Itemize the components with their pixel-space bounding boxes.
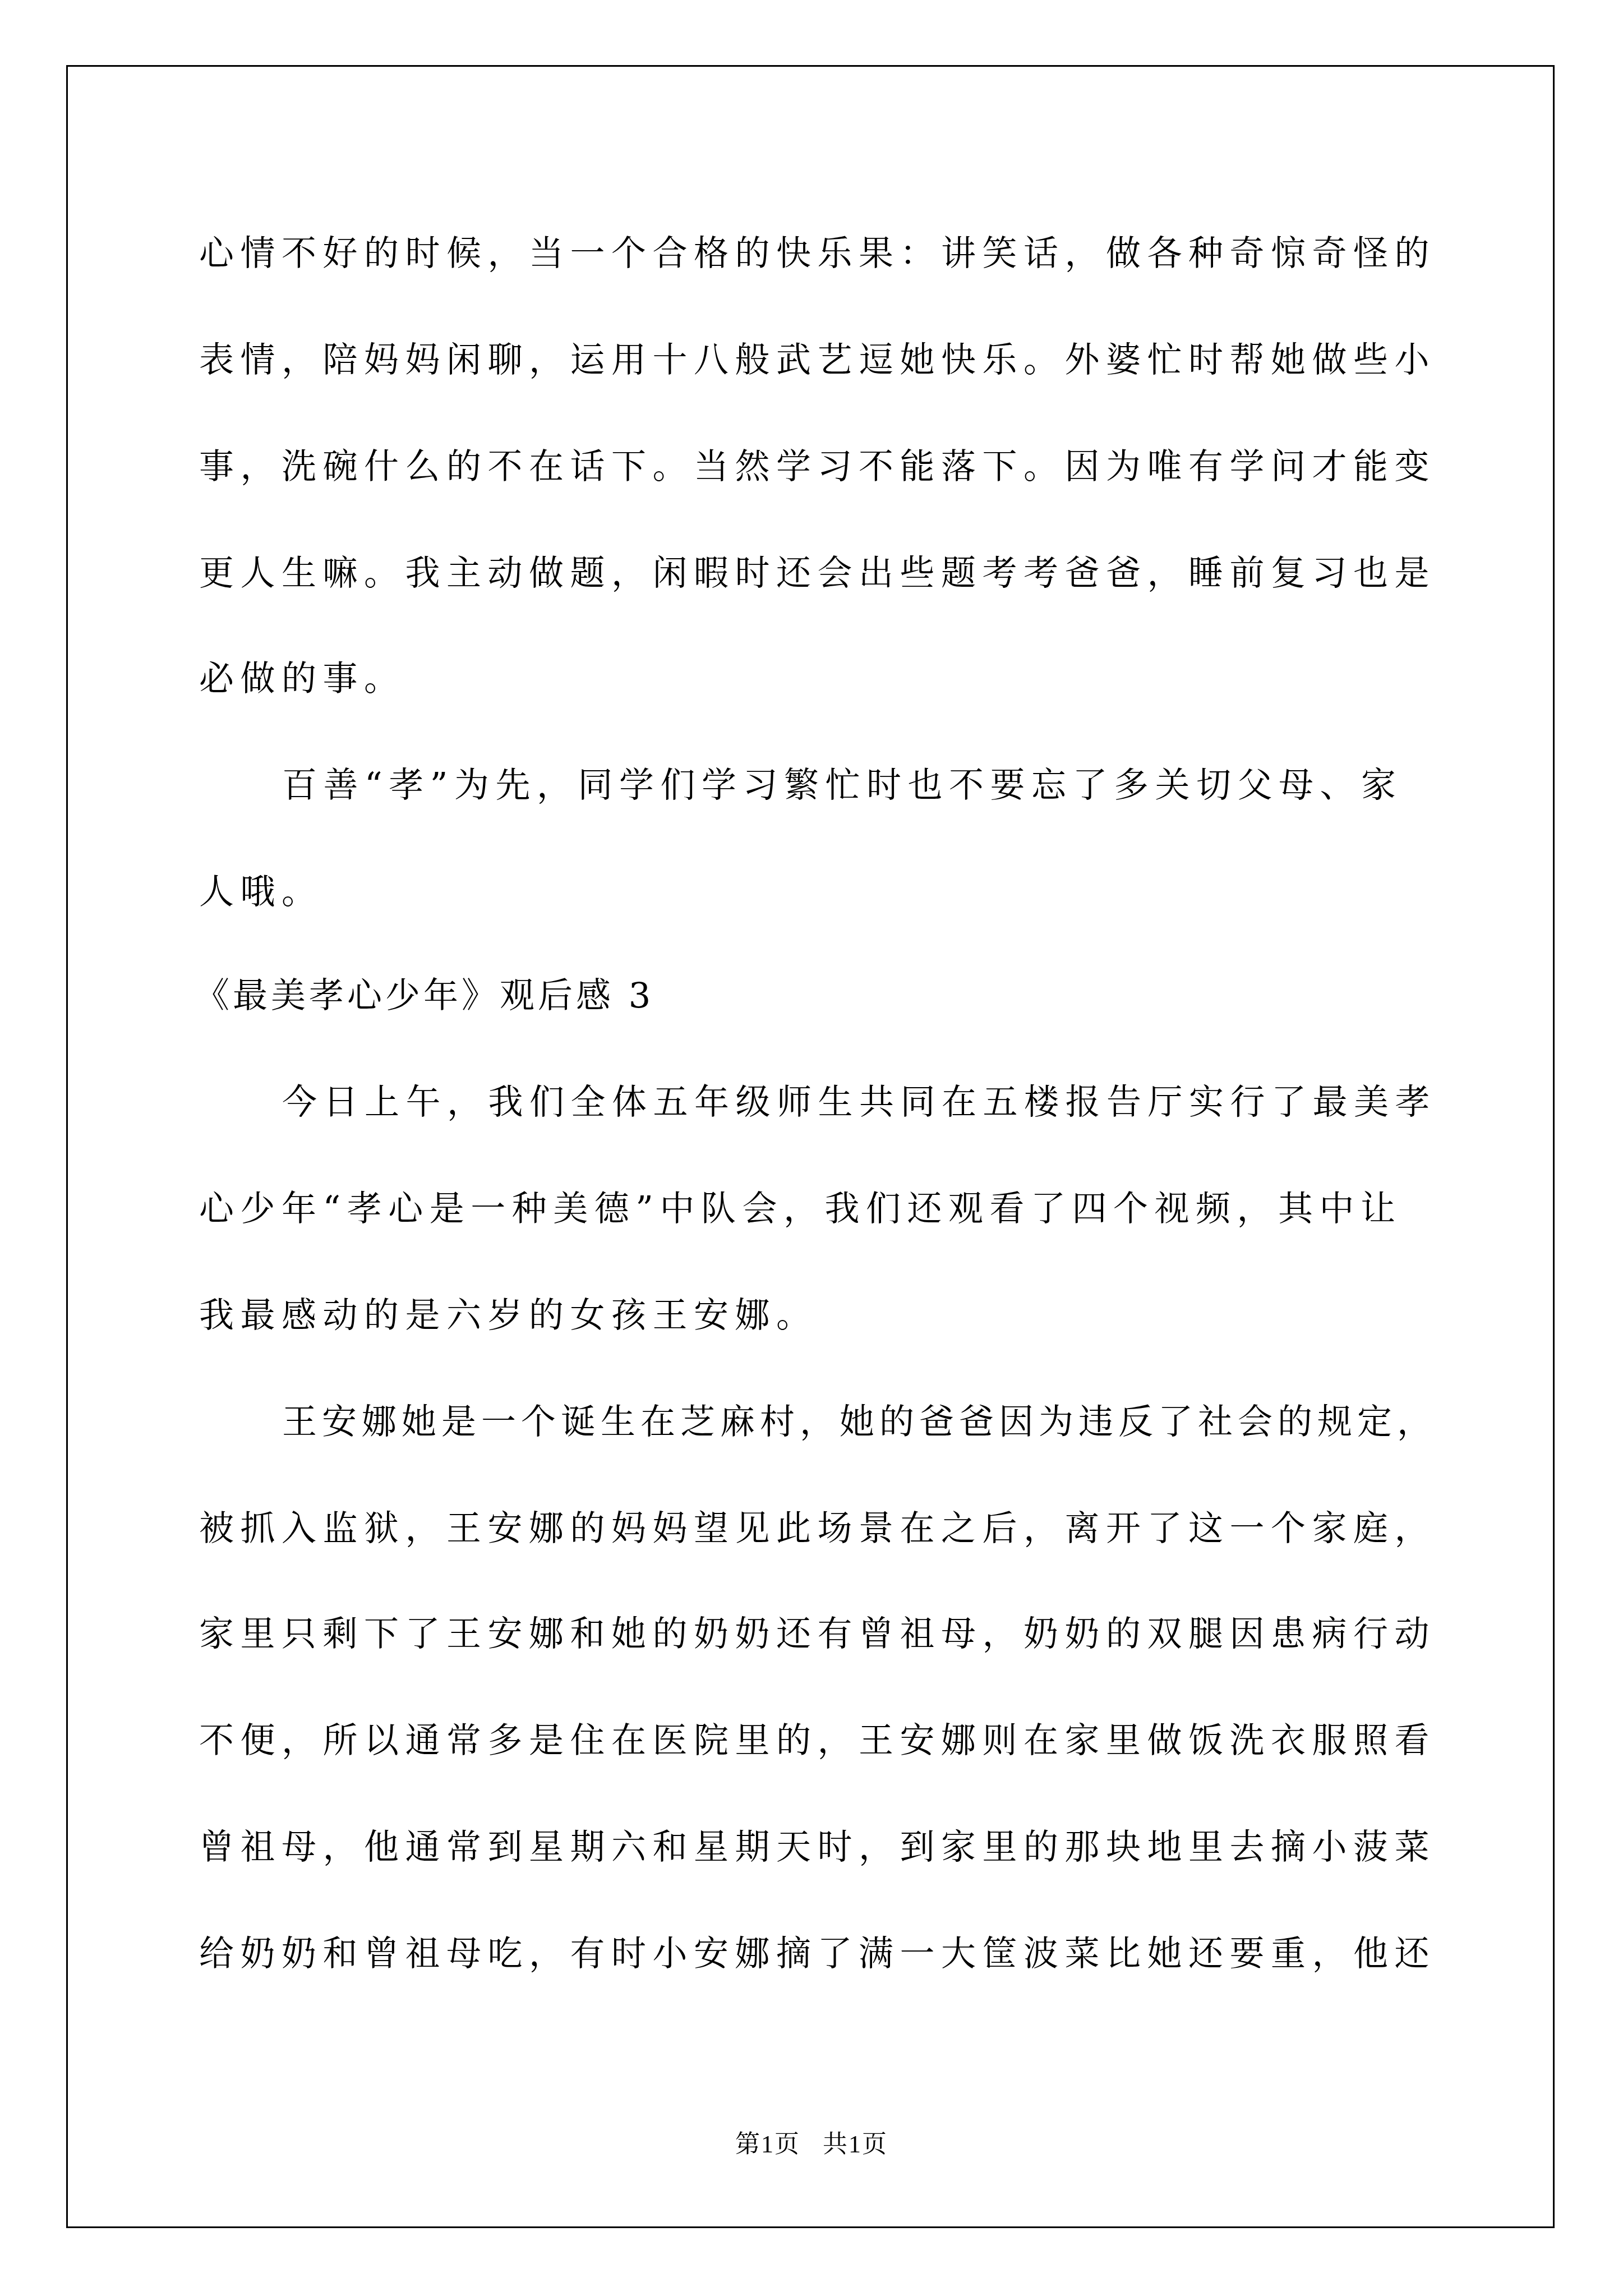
paragraph-line: 今日上午，我们全体五年级师生共同在五楼报告厅实行了最美孝 — [282, 1080, 1436, 1125]
paragraph-line: 必做的事。 — [199, 656, 405, 701]
paragraph-line: 人哦。 — [199, 869, 323, 914]
paragraph-line: 更人生嘛。我主动做题，闲暇时还会出些题考考爸爸，睡前复习也是 — [199, 551, 1436, 596]
page-number: 第1页 — [735, 2131, 800, 2158]
page-border — [66, 65, 1555, 2228]
paragraph-line: 家里只剩下了王安娜和她的奶奶还有曾祖母，奶奶的双腿因患病行动 — [199, 1612, 1436, 1657]
paragraph-line: 被抓入监狱，王安娜的妈妈望见此场景在之后，离开了这一个家庭， — [199, 1506, 1436, 1551]
paragraph-line: 事，洗碗什么的不在话下。当然学习不能落下。因为唯有学问才能变 — [199, 444, 1436, 489]
section-heading: 《最美孝心少年》观后感 3 — [195, 973, 654, 1018]
paragraph-line: 曾祖母，他通常到星期六和星期天时，到家里的那块地里去摘小菠菜 — [199, 1825, 1436, 1870]
paragraph-line: 给奶奶和曾祖母吃，有时小安娜摘了满一大筐波菜比她还要重，他还 — [199, 1931, 1436, 1976]
paragraph-line: 百善“孝”为先，同学们学习繁忙时也不要忘了多关切父母、家 — [282, 763, 1402, 808]
paragraph-line: 我最感动的是六岁的女孩王安娜。 — [199, 1293, 818, 1338]
paragraph-line: 心少年“孝心是一种美德”中队会，我们还观看了四个视频，其中让 — [199, 1186, 1401, 1231]
paragraph-line: 表情，陪妈妈闲聊，运用十八般武艺逗她快乐。外婆忙时帮她做些小 — [199, 338, 1436, 383]
paragraph-line: 心情不好的时候，当一个合格的快乐果：讲笑话，做各种奇惊奇怪的 — [199, 231, 1436, 276]
paragraph-line: 王安娜她是一个诞生在芝麻村，她的爸爸因为违反了社会的规定， — [282, 1400, 1437, 1444]
page-total: 共1页 — [823, 2131, 888, 2158]
page-footer: 第1页共1页 — [0, 2129, 1623, 2160]
paragraph-line: 不便，所以通常多是住在医院里的，王安娜则在家里做饭洗衣服照看 — [199, 1718, 1436, 1763]
